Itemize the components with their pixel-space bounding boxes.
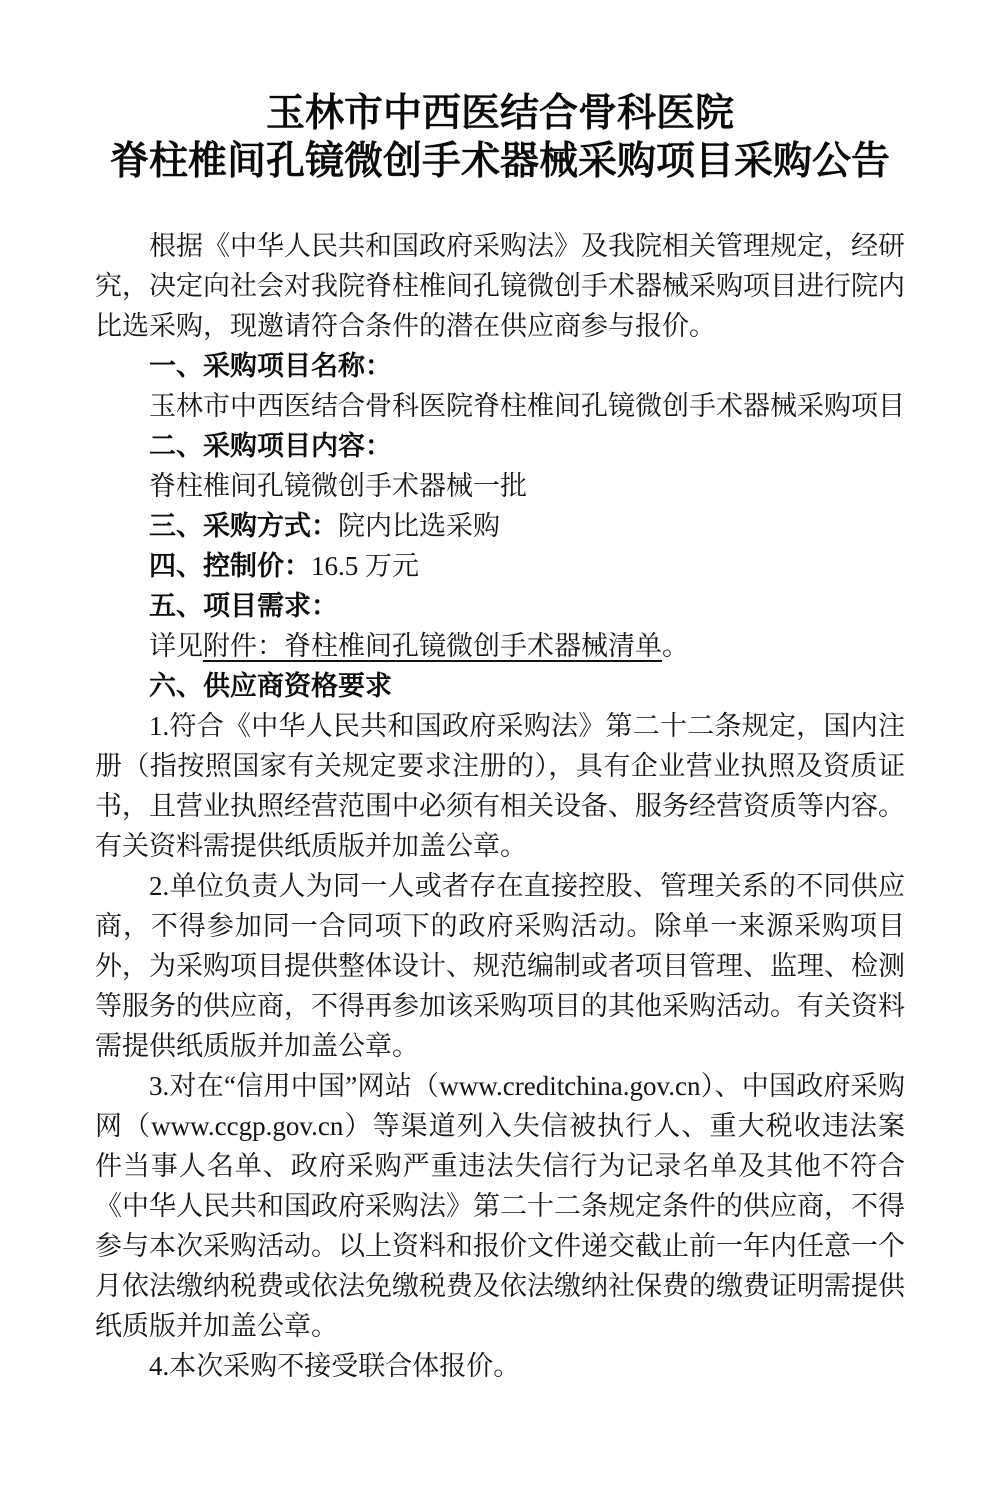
section-4-heading: 四、控制价： <box>149 551 311 581</box>
section-5-heading-line: 五、项目需求： <box>95 586 905 626</box>
attachment-link: 附件：脊柱椎间孔镜微创手术器械清单 <box>203 631 662 661</box>
section-2-content: 脊柱椎间孔镜微创手术器械一批 <box>95 466 905 506</box>
section-5-heading: 五、项目需求： <box>149 591 338 621</box>
qualification-item-3: 3.对在“信用中国”网站（www.creditchina.gov.cn）、中国政… <box>95 1066 905 1346</box>
document-page: 玉林市中西医结合骨科医院 脊柱椎间孔镜微创手术器械采购项目采购公告 根据《中华人… <box>0 0 1000 1505</box>
intro-paragraph: 根据《中华人民共和国政府采购法》及我院相关管理规定，经研究，决定向社会对我院脊柱… <box>95 226 905 346</box>
section-2-heading-line: 二、采购项目内容： <box>95 426 905 466</box>
section-5-content: 详见附件：脊柱椎间孔镜微创手术器械清单。 <box>95 626 905 666</box>
section-6-heading-line: 六、供应商资格要求 <box>95 666 905 706</box>
attachment-prefix: 详见 <box>149 631 203 661</box>
document-title: 玉林市中西医结合骨科医院 脊柱椎间孔镜微创手术器械采购项目采购公告 <box>95 90 905 186</box>
section-3-heading: 三、采购方式： <box>149 511 338 541</box>
section-1-content: 玉林市中西医结合骨科医院脊柱椎间孔镜微创手术器械采购项目 <box>95 386 905 426</box>
section-2-heading: 二、采购项目内容： <box>149 431 392 461</box>
section-4-value: 16.5 万元 <box>311 551 419 581</box>
section-3-value: 院内比选采购 <box>338 511 500 541</box>
section-1-heading: 一、采购项目名称： <box>149 351 392 381</box>
qualification-item-2: 2.单位负责人为同一人或者存在直接控股、管理关系的不同供应商，不得参加同一合同项… <box>95 866 905 1066</box>
title-line-2: 脊柱椎间孔镜微创手术器械采购项目采购公告 <box>95 138 905 186</box>
section-3-line: 三、采购方式：院内比选采购 <box>95 506 905 546</box>
document-body: 根据《中华人民共和国政府采购法》及我院相关管理规定，经研究，决定向社会对我院脊柱… <box>95 226 905 1386</box>
qualification-item-1: 1.符合《中华人民共和国政府采购法》第二十二条规定，国内注册（指按照国家有关规定… <box>95 706 905 866</box>
section-6-heading: 六、供应商资格要求 <box>149 671 392 701</box>
attachment-suffix: 。 <box>662 631 689 661</box>
qualification-item-4: 4.本次采购不接受联合体报价。 <box>95 1346 905 1386</box>
section-4-line: 四、控制价：16.5 万元 <box>95 546 905 586</box>
title-line-1: 玉林市中西医结合骨科医院 <box>95 90 905 138</box>
section-1-heading-line: 一、采购项目名称： <box>95 346 905 386</box>
